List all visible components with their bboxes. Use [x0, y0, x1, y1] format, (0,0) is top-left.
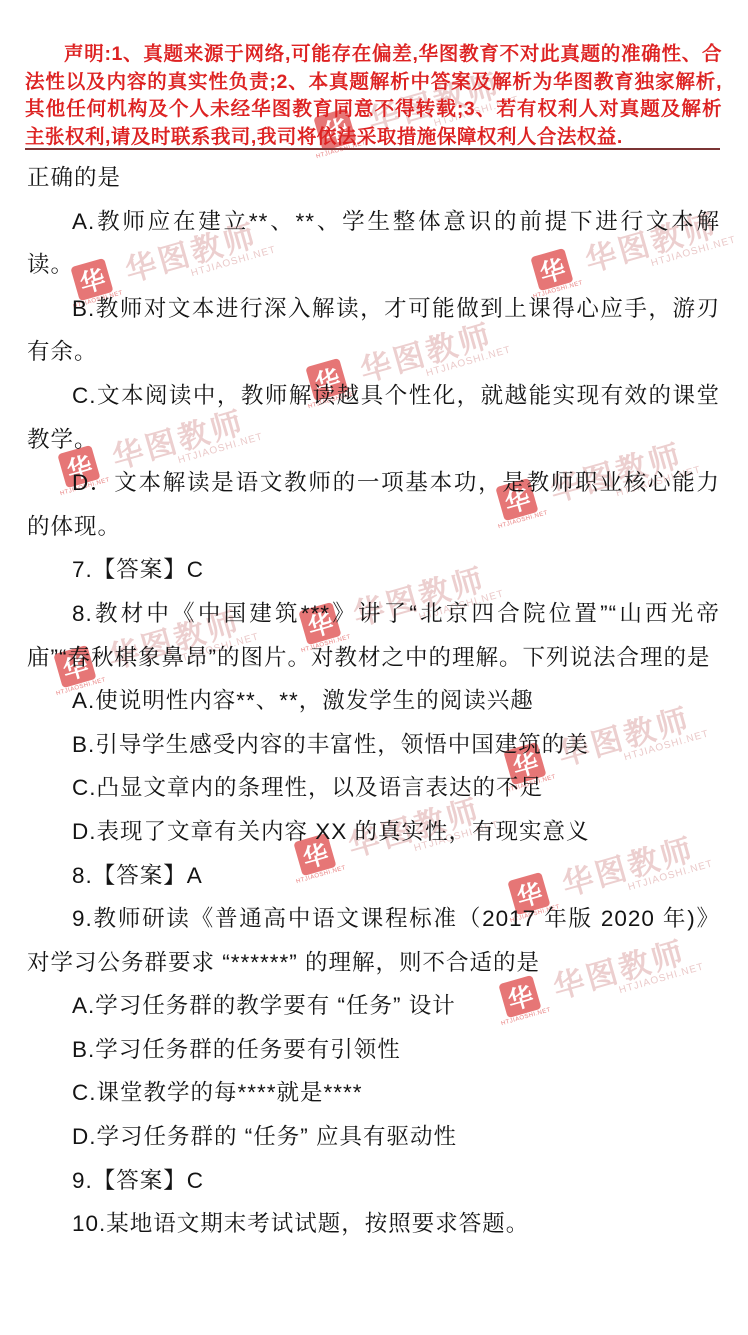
header-separator [25, 148, 720, 150]
disclaimer-text: 1、真题来源于网络,可能存在偏差,华图教育不对此真题的准确性、合法性以及内容的真… [25, 43, 722, 148]
paragraph: 7.【答案】C [27, 548, 720, 592]
paragraph: D.学习任务群的 “任务” 应具有驱动性 [27, 1115, 720, 1159]
paragraph: C.文本阅读中，教师解读越具个性化，就越能实现有效的课堂教学。 [27, 374, 720, 461]
disclaimer: 声明:1、真题来源于网络,可能存在偏差,华图教育不对此真题的准确性、合法性以及内… [25, 41, 722, 151]
paragraph: 9.【答案】C [27, 1159, 720, 1203]
paragraph: C.课堂教学的每****就是**** [27, 1071, 720, 1115]
paragraph: C.凸显文章内的条理性，以及语言表达的不足 [27, 766, 720, 810]
paragraph: 8.教材中《中国建筑***》讲了“北京四合院位置”“山西光帝庙”“春秋棋象鼻昂”… [27, 592, 720, 679]
paragraph: B.引导学生感受内容的丰富性，领悟中国建筑的美 [27, 723, 720, 767]
paragraph: A.使说明性内容**、**，激发学生的阅读兴趣 [27, 679, 720, 723]
paragraph: D．文本解读是语文教师的一项基本功，是教师职业核心能力的体现。 [27, 461, 720, 548]
paragraph: D.表现了文章有关内容 XX 的真实性，有现实意义 [27, 810, 720, 854]
document-body: 正确的是A.教师应在建立**、**、学生整体意识的前提下进行文本解读。B.教师对… [27, 156, 720, 1246]
paragraph: B.学习任务群的任务要有引领性 [27, 1028, 720, 1072]
paragraph: 正确的是 [27, 156, 720, 200]
document-page: 华 HTJIAOSHI.NET 华图教师 HTJIAOSHI.NET 华 HTJ… [0, 0, 748, 1335]
paragraph: 8.【答案】A [27, 854, 720, 898]
disclaimer-label: 声明: [64, 43, 111, 65]
paragraph: B.教师对文本进行深入解读，才可能做到上课得心应手，游刃有余。 [27, 287, 720, 374]
paragraph: 9.教师研读《普通高中语文课程标准（2017 年版 2020 年)》对学习公务群… [27, 897, 720, 984]
paragraph: 10.某地语文期末考试试题，按照要求答题。 [27, 1202, 720, 1246]
paragraph: A.学习任务群的教学要有 “任务” 设计 [27, 984, 720, 1028]
paragraph: A.教师应在建立**、**、学生整体意识的前提下进行文本解读。 [27, 200, 720, 287]
